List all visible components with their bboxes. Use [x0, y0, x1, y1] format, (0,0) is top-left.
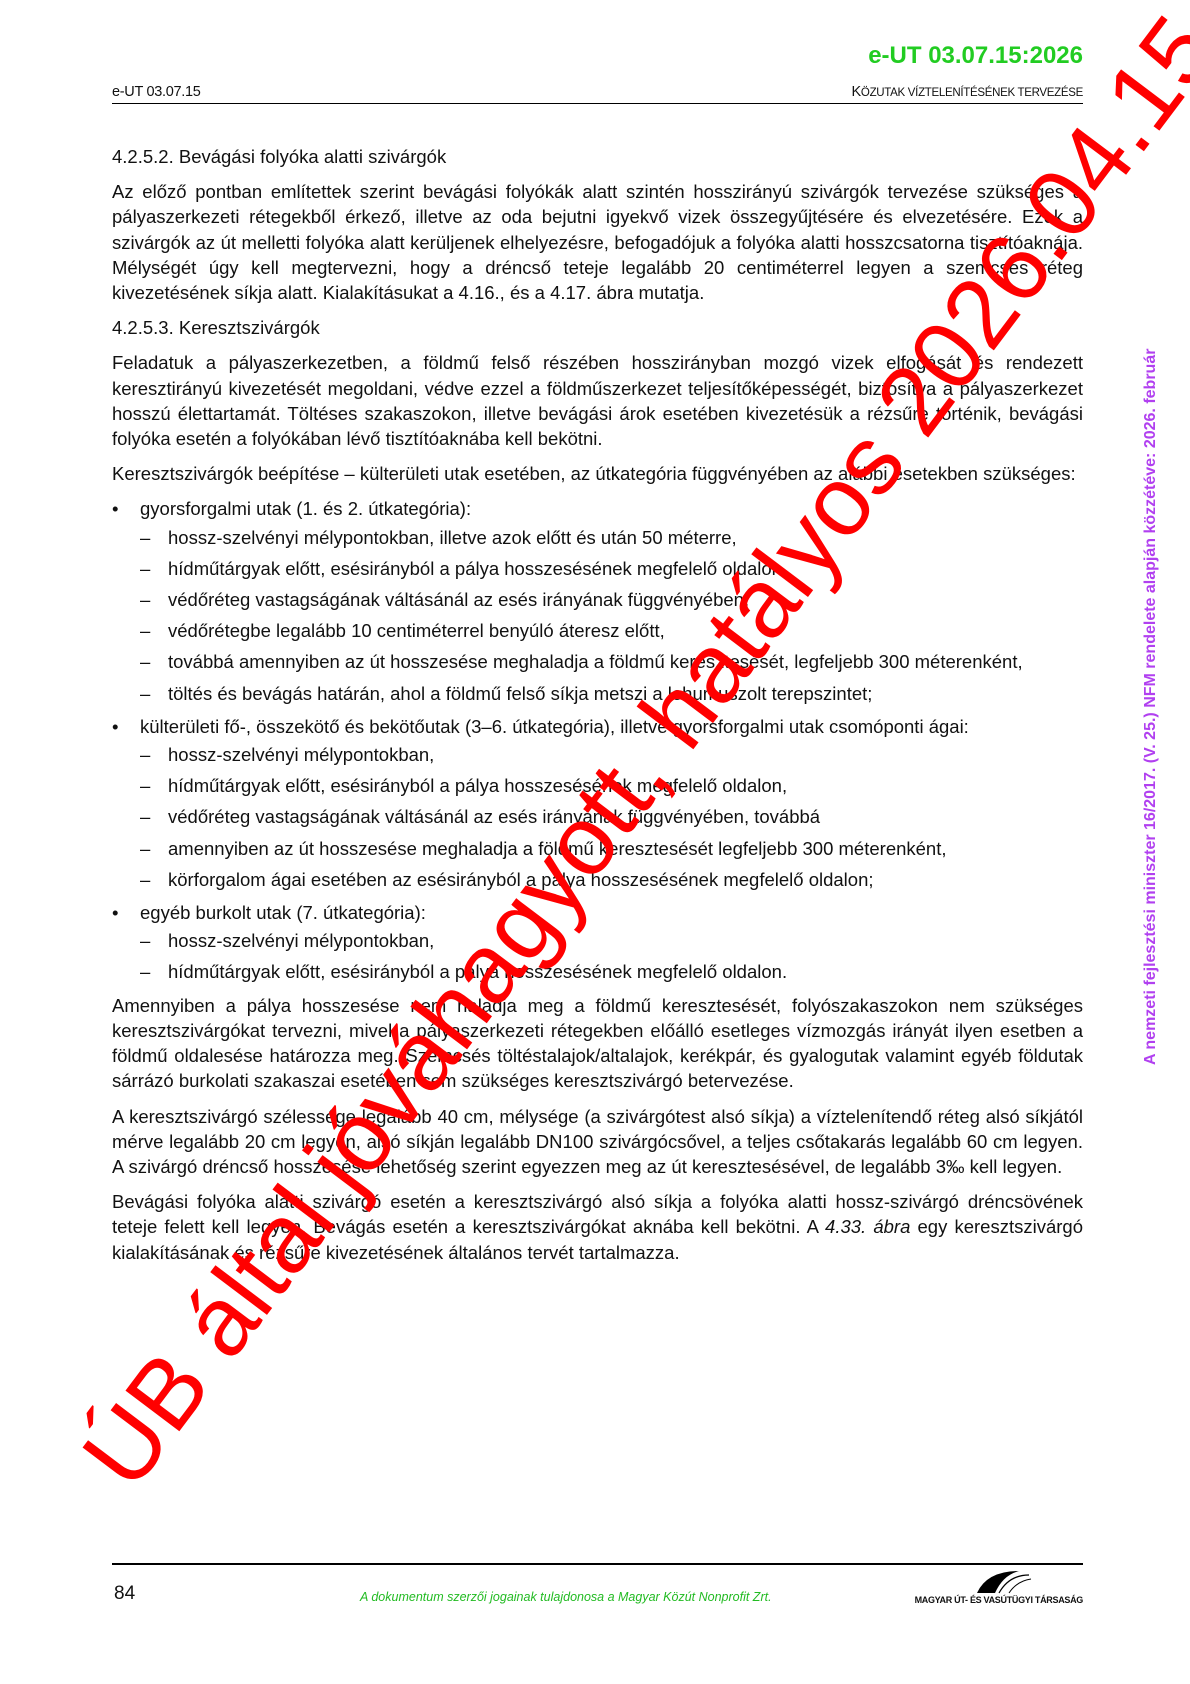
sub-list: hossz-szelvényi mélypontokban, illetve a…: [140, 525, 1083, 706]
road-swoosh-icon: [973, 1567, 1033, 1595]
sub-list-item: hossz-szelvényi mélypontokban,: [140, 742, 1083, 767]
sub-list-item: körforgalom ágai esetében az esésiránybó…: [140, 867, 1083, 892]
header-title: KÖZUTAK VÍZTELENÍTÉSÉNEK TERVEZÉSE: [852, 84, 1083, 100]
document-code-stamp: e-UT 03.07.15:2026: [868, 42, 1083, 70]
publication-note: A nemzeti fejlesztési miniszter 16/2017.…: [1142, 349, 1160, 1065]
list-item-label: egyéb burkolt utak (7. útkategória):: [140, 902, 426, 923]
page-content: 4.2.5.2. Bevágási folyóka alatti szivárg…: [112, 144, 1083, 1275]
paragraph: Amennyiben a pálya hosszesése nem haladj…: [112, 993, 1083, 1094]
sub-list-item: hídműtárgyak előtt, esésirányból a pálya…: [140, 959, 1083, 984]
header-rule: [112, 103, 1083, 104]
copyright-notice: A dokumentum szerzői jogainak tulajdonos…: [360, 1590, 772, 1604]
sub-list-item: hossz-szelvényi mélypontokban,: [140, 928, 1083, 953]
sub-list-item: védőréteg vastagságának váltásánál az es…: [140, 804, 1083, 829]
list-item: külterületi fő-, összekötő és bekötőutak…: [112, 714, 1083, 892]
paragraph: A keresztszivárgó szélessége legalább 40…: [112, 1104, 1083, 1180]
list-item-label: külterületi fő-, összekötő és bekötőutak…: [140, 716, 969, 737]
section-heading-4253: 4.2.5.3. Keresztszivárgók: [112, 315, 1083, 340]
header-title-rest: ÖZUTAK VÍZTELENÍTÉSÉNEK TERVEZÉSE: [861, 87, 1083, 99]
sub-list-item: töltés és bevágás határán, ahol a földmű…: [140, 681, 1083, 706]
list-item-label: gyorsforgalmi utak (1. és 2. útkategória…: [140, 498, 471, 519]
sub-list: hossz-szelvényi mélypontokban, hídműtárg…: [140, 742, 1083, 892]
sub-list-item: védőrétegbe legalább 10 centiméterrel be…: [140, 618, 1083, 643]
paragraph: Keresztszivárgók beépítése – külterületi…: [112, 461, 1083, 486]
sub-list-item: hídműtárgyak előtt, esésirányból a pálya…: [140, 773, 1083, 798]
paragraph: Az előző pontban említettek szerint bevá…: [112, 179, 1083, 305]
paragraph: Bevágási folyóka alatti szivárgó esetén …: [112, 1189, 1083, 1265]
header-title-initial: K: [852, 84, 861, 100]
sub-list-item: védőréteg vastagságának váltásánál az es…: [140, 587, 1083, 612]
sub-list-item: hossz-szelvényi mélypontokban, illetve a…: [140, 525, 1083, 550]
list-item: egyéb burkolt utak (7. útkategória): hos…: [112, 900, 1083, 985]
paragraph: Feladatuk a pályaszerkezetben, a földmű …: [112, 350, 1083, 451]
road-category-list: gyorsforgalmi utak (1. és 2. útkategória…: [112, 496, 1083, 984]
section-heading-4252: 4.2.5.2. Bevágási folyóka alatti szivárg…: [112, 144, 1083, 169]
header-doc-code: e-UT 03.07.15: [112, 84, 201, 100]
society-logo: MAGYAR ÚT- ÉS VASÚTÜGYI TÁRSASÁG: [923, 1567, 1083, 1607]
logo-text: MAGYAR ÚT- ÉS VASÚTÜGYI TÁRSASÁG: [915, 1595, 1083, 1605]
sub-list: hossz-szelvényi mélypontokban, hídműtárg…: [140, 928, 1083, 984]
figure-reference[interactable]: 4.33. ábra: [825, 1216, 910, 1237]
page-number: 84: [114, 1583, 135, 1605]
sub-list-item: hídműtárgyak előtt, esésirányból a pálya…: [140, 556, 1083, 581]
sub-list-item: továbbá amennyiben az út hosszesése megh…: [140, 649, 1083, 674]
list-item: gyorsforgalmi utak (1. és 2. útkategória…: [112, 496, 1083, 705]
sub-list-item: amennyiben az út hosszesése meghaladja a…: [140, 836, 1083, 861]
footer-rule: [112, 1563, 1083, 1565]
